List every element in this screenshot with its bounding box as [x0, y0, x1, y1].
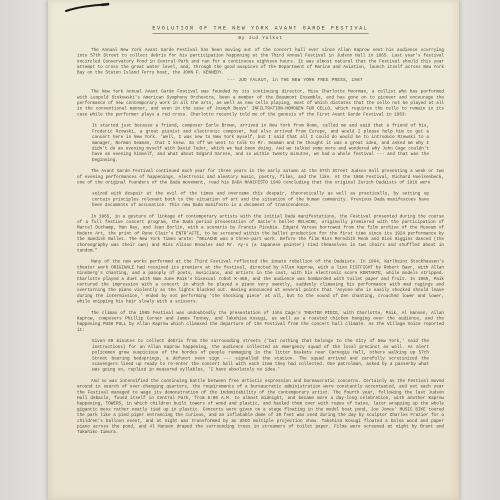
paragraph-originale-paik: Many of the new works performed at the T… [77, 259, 444, 305]
quote-village-voice-debris: Given 60 minutes to collect debris from … [92, 339, 429, 373]
quote-dada-manifesto: seized with despair at the evil of the t… [92, 191, 429, 208]
document-title: EVOLUTION OF THE NEW YORK AVANT GARDE FE… [152, 26, 368, 34]
attribution-line: --- JUD YALKUT, in THE NEW YORK FREE PRE… [227, 77, 444, 83]
paragraph-relache-ballet: In 1965, in a gesture of linkage of cont… [77, 214, 444, 254]
document-page: EVOLUTION OF THE NEW YORK AVANT GARDE FE… [48, 0, 459, 500]
quote-moorman-genesis: It started just because a friend, compos… [92, 123, 429, 163]
paragraph-festival-moving-out: The Annual New York Avant Garde Festival… [77, 47, 444, 76]
paragraph-founding-moorman: The New York Annual Avant Garde Festival… [77, 89, 444, 118]
paragraph-judson-hall-years: The Avant Garde Festival continued each … [77, 169, 444, 186]
byline: By Jud Yalkut [77, 36, 444, 42]
typewritten-text-block: EVOLUTION OF THE NEW YORK AVANT GARDE FE… [48, 0, 459, 500]
paragraph-theater-piece-climax: The climax of the 1965 Festival was undo… [77, 310, 444, 333]
paragraph-central-park-festival: And so was intensified the continuing ba… [77, 378, 444, 435]
